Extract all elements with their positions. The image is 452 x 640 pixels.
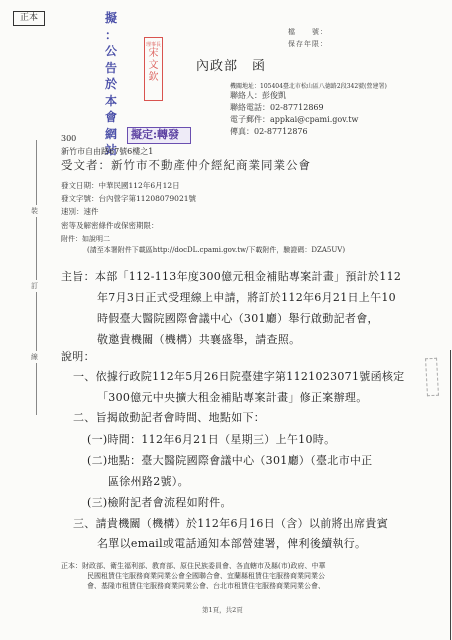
- binding-char: 裝: [31, 205, 38, 217]
- explanation-line: (三)檢附記者會流程如附件。: [87, 494, 232, 510]
- issue-date: 發文日期：中華民國112年6月12日: [61, 180, 180, 191]
- agency-address: 機關地址：105404臺北市松山區八德路2段342號(營建署): [230, 81, 387, 90]
- retention-label: 保存年限：: [288, 39, 328, 49]
- explanation-line: 「300億元中央擴大租金補貼專案計畫」修正案辦理。: [97, 389, 368, 405]
- note-char: 於: [104, 76, 118, 93]
- page-number: 第1頁，共2頁: [202, 605, 243, 614]
- document-number: 發文字號：台內營字第11208079021號: [61, 193, 196, 204]
- explanation-line: 一、依據行政院112年5月26日院臺建字第1121023071號函核定: [73, 368, 404, 384]
- cc-list-line: 民國租賃住宅服務商業同業公會全國聯合會、宜蘭縣租賃住宅服務商業同業公: [87, 571, 325, 581]
- note-char: 本: [104, 93, 118, 110]
- explanation-line: (二)地點：臺大醫院國際會議中心（301廳）（臺北市中正: [87, 452, 372, 468]
- note-char: 公: [104, 43, 118, 60]
- cc-list-line: 會、基隆市租賃住宅服務商業同業公會、台北市租賃住宅服務商業同業公會、: [87, 581, 325, 591]
- binding-char: 訂: [31, 280, 38, 292]
- explanation-label: 說明：: [61, 348, 95, 364]
- subject-line: 敬邀貴機關（機構）共襄盛舉，請查照。: [97, 331, 300, 347]
- contact-fax: 傳真：02-87712876: [230, 126, 308, 137]
- seal-char: 宋: [145, 48, 162, 60]
- explanation-line: (一)時間：112年6月21日（星期三）上午10時。: [87, 431, 335, 447]
- explanation-line: 名單以email或電話通知本部營建署，俾利後續執行。: [97, 535, 366, 551]
- secrecy-level: 密等及解密條件或保密期限：: [61, 220, 159, 231]
- explanation-line: 三、請貴機關（機構）於112年6月16日（含）以前將出席貴賓: [73, 515, 388, 531]
- recipient-zip: 300: [61, 134, 76, 143]
- note-char: ：: [104, 27, 118, 44]
- contact-phone: 聯絡電話：02-87712869: [230, 102, 324, 113]
- handwritten-note-stamp: 擬 ： 公 告 於 本 會 網 站: [104, 10, 118, 159]
- copy-type-label: 正本: [13, 11, 45, 26]
- recipient-address: 新竹市自由路67號6樓之1: [61, 146, 153, 157]
- subject-line: 主旨：本部「112-113年度300億元租金補貼專案計畫」預計於112: [61, 268, 401, 284]
- chairman-seal-stamp: 理事長 宋 文 欽: [144, 37, 163, 101]
- seal-char: 欽: [145, 72, 162, 84]
- explanation-line: 二、旨揭啟動記者會時間、地點如下：: [73, 409, 265, 425]
- note-char: 網: [104, 126, 118, 143]
- binding-char: 線: [31, 351, 38, 363]
- file-number-label: 檔 號：: [288, 27, 328, 37]
- contact-email: 電子郵件：appkai@cpami.gov.tw: [230, 114, 358, 125]
- delivery-speed: 速別：速件: [61, 206, 99, 217]
- binding-line: [36, 140, 37, 415]
- document-title: 內政部 函: [196, 55, 266, 74]
- note-char: 告: [104, 60, 118, 77]
- faint-stamp: [425, 358, 439, 397]
- note-char: 擬: [104, 10, 118, 27]
- document-page: 正本 擬 ： 公 告 於 本 會 網 站 理事長 宋 文 欽 擬定:轉發 檔 號…: [0, 0, 452, 640]
- subject-line: 年7月3日正式受理線上申請，將訂於112年6月21日上午10: [97, 289, 396, 305]
- action-stamp: 擬定:轉發: [127, 127, 191, 144]
- cc-list-line: 正本：財政部、衛生福利部、教育部、原住民族委員會、各直轄市及縣(市)政府、中華: [61, 561, 325, 571]
- seal-char: 文: [145, 60, 162, 72]
- recipient-name: 受文者：新竹市不動產仲介經紀商業同業公會: [61, 157, 311, 173]
- attachment-note: (請至本署附件下載區http://docDL.cpami.gov.tw/下載附件…: [87, 245, 345, 255]
- subject-line: 時假臺大醫院國際會議中心（301廳）舉行啟動記者會，: [97, 310, 379, 326]
- note-char: 會: [104, 109, 118, 126]
- contact-person: 聯絡人：彭俊凱: [230, 90, 286, 101]
- page-edge-line: [450, 350, 451, 640]
- explanation-line: 區徐州路2號）。: [108, 473, 189, 489]
- attachment-label: 附件：如說明二: [61, 234, 110, 244]
